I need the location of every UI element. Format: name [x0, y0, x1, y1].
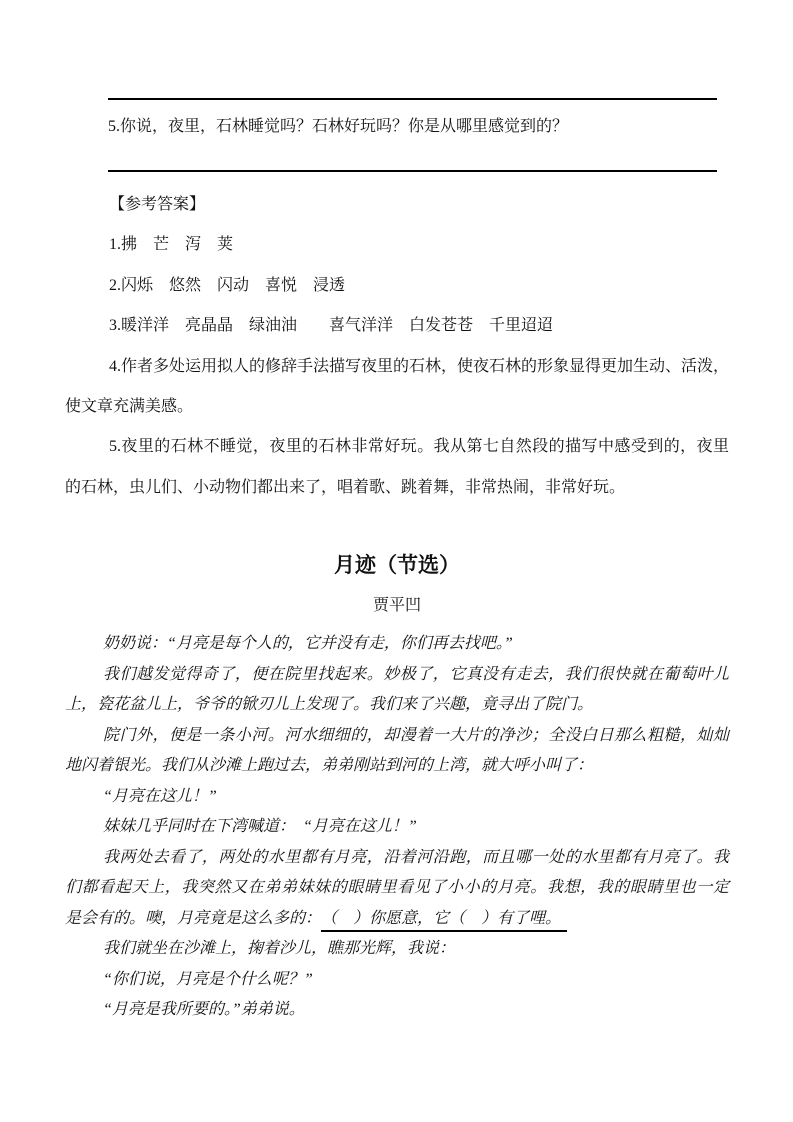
passage-line: “月亮是我所要的。”弟弟说。 [65, 995, 729, 1026]
passage-line: 妹妹几乎同时在下湾喊道： “月亮在这儿！” [65, 812, 729, 843]
answer-line-3: 3.暖洋洋 亮晶晶 绿油油 喜气洋洋 白发苍苍 千里迢迢 [65, 306, 729, 346]
question-5: 5.你说，夜里，石林睡觉吗？石林好玩吗？你是从哪里感觉到的？ [108, 116, 717, 138]
answer-line-1: 1.拂 芒 泻 荚 [65, 225, 729, 265]
passage-line: 院门外，便是一条小河。河水细细的，却漫着一大片的净沙；全没白日那么粗糙，灿灿 [65, 721, 729, 752]
passage-line: “月亮在这儿！” [65, 782, 729, 813]
passage-line-prefix: 是会有的。噢，月亮竟是这么多的： [65, 910, 321, 927]
answer-line-5b: 的石林，虫儿们、小动物们都出来了，唱着歌、跳着舞，非常热闹，非常好玩。 [65, 468, 729, 508]
passage-line: 我们就坐在沙滩上，掬着沙儿，瞧那光辉，我说： [65, 934, 729, 965]
passage-line: 我两处去看了，两处的水里都有月亮，沿着河沿跑，而且哪一处的水里都有月亮了。我 [65, 843, 729, 874]
divider-line-top [108, 98, 717, 100]
passage-line: 奶奶说：“月亮是每个人的，它并没有走，你们再去找吧。” [65, 629, 729, 660]
answer-line-2: 2.闪烁 悠然 闪动 喜悦 浸透 [65, 266, 729, 306]
author-name: 贾平凹 [65, 596, 729, 616]
passage-line: 们都看起天上，我突然又在弟弟妹妹的眼睛里看见了小小的月亮。我想，我的眼睛里也一定 [65, 873, 729, 904]
passage-line: “你们说，月亮是个什么呢？” [65, 965, 729, 996]
passage-line: 地闪着银光。我们从沙滩上跑过去，弟弟刚站到河的上湾，就大呼小叫了： [65, 751, 729, 782]
page-title: 月迹（节选） [65, 552, 729, 578]
passage-line: 我们越发觉得奇了，便在院里找起来。妙极了，它真没有走去，我们很快就在葡萄叶儿 [65, 660, 729, 691]
answer-line-5a: 5.夜里的石林不睡觉，夜里的石林非常好玩。我从第七自然段的描写中感受到的，夜里 [65, 427, 729, 467]
passage-line-with-blank: 是会有的。噢，月亮竟是这么多的：（ ）你愿意，它（ ）有了哩。 [65, 904, 729, 935]
document-page: 5.你说，夜里，石林睡觉吗？石林好玩吗？你是从哪里感觉到的？ 【参考答案】 1.… [0, 0, 793, 1122]
fill-blank-underline: （ ）你愿意，它（ ）有了哩。 [321, 910, 567, 932]
passage-line: 上，瓷花盆儿上，爷爷的锨刃儿上发现了。我们来了兴趣，竟寻出了院门。 [65, 690, 729, 721]
reference-answers-heading: 【参考答案】 [65, 185, 729, 225]
answer-line-4a: 4.作者多处运用拟人的修辞手法描写夜里的石林，使夜石林的形象显得更加生动、活泼， [65, 347, 729, 387]
answer-line-4b: 使文章充满美感。 [65, 387, 729, 427]
divider-line-bottom [108, 170, 717, 172]
passage-body: 奶奶说：“月亮是每个人的，它并没有走，你们再去找吧。” 我们越发觉得奇了，便在院… [65, 629, 729, 1026]
reference-answers-section: 【参考答案】 1.拂 芒 泻 荚 2.闪烁 悠然 闪动 喜悦 浸透 3.暖洋洋 … [65, 185, 729, 508]
